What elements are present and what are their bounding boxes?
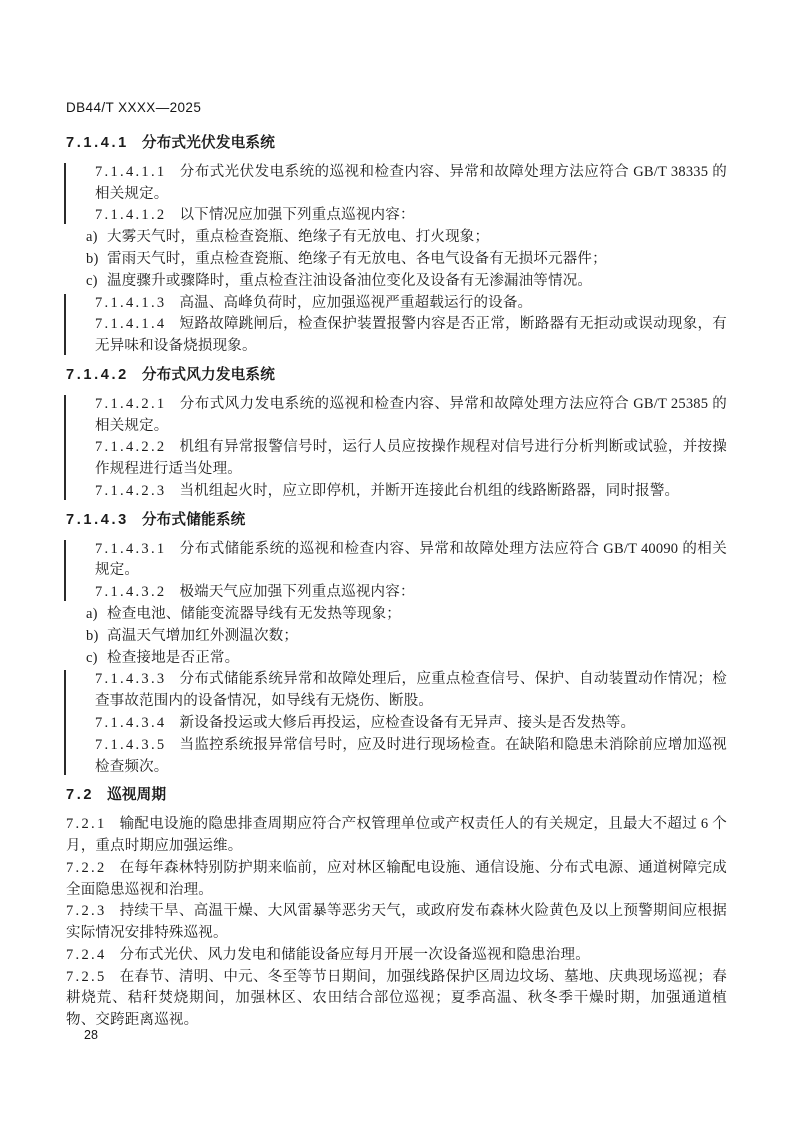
clause-number: 7.2.3 [66,903,107,919]
clause-number: 7.1.4.1.4 [95,316,166,332]
list-item-text: 检查电池、储能变流器导线有无发热等现象； [107,604,727,626]
clause-paragraph: 7.1.4.3.5当监控系统报异常信号时，应及时进行现场检查。在缺陷和隐患未消除… [66,735,727,779]
revision-change-bar [64,670,66,775]
clause-group: 7.2.1输配电设施的隐患排查周期应符合产权管理单位或产权责任人的有关规定，且最… [66,814,727,1032]
clause-number: 7.1.4.3.2 [95,584,166,600]
list-item: a)大雾天气时，重点检查瓷瓶、绝缘子有无放电、打火现象； [66,227,727,249]
clause-text: 以下情况应加强下列重点巡视内容： [179,207,414,223]
section-number: 7.1.4.2 [66,367,129,383]
clause-group: 7.1.4.3.1分布式储能系统的巡视和检查内容、异常和故障处理方法应符合 GB… [66,539,727,604]
clause-text: 分布式储能系统的巡视和检查内容、异常和故障处理方法应符合 GB/T 40090 … [95,541,727,579]
clause-text: 分布式储能系统异常和故障处理后，应重点检查信号、保护、自动装置动作情况；检查事故… [95,671,727,709]
document-page: DB44/T XXXX—2025 7.1.4.1分布式光伏发电系统7.1.4.1… [0,0,793,1122]
section-number: 7.1.4.1 [66,135,129,151]
clause-text: 分布式风力发电系统的巡视和检查内容、异常和故障处理方法应符合 GB/T 2538… [95,396,727,434]
clause-text: 分布式光伏发电系统的巡视和检查内容、异常和故障处理方法应符合 GB/T 3833… [95,164,727,202]
list-item-marker: a) [86,227,107,249]
clause-text: 新设备投运或大修后再投运，应检查设备有无异声、接头是否发热等。 [179,715,635,731]
section-heading: 7.2巡视周期 [66,785,727,807]
clause-paragraph: 7.2.2在每年森林特别防护期来临前，应对林区输配电设施、通信设施、分布式电源、… [66,858,727,902]
revision-change-bar [64,163,66,224]
list-item-text: 大雾天气时，重点检查瓷瓶、绝缘子有无放电、打火现象； [107,227,727,249]
clause-number: 7.1.4.1.3 [95,295,166,311]
list-item: c)温度骤升或骤降时，重点检查注油设备油位变化及设备有无渗漏油等情况。 [66,271,727,293]
clause-number: 7.1.4.1.2 [95,207,166,223]
clause-group: 7.1.4.2.1分布式风力发电系统的巡视和检查内容、异常和故障处理方法应符合 … [66,394,727,503]
clause-number: 7.1.4.3.4 [95,715,166,731]
clause-group: 7.1.4.3.3分布式储能系统异常和故障处理后，应重点检查信号、保护、自动装置… [66,669,727,778]
list-item-marker: c) [86,648,107,670]
clause-group: 7.1.4.1.1分布式光伏发电系统的巡视和检查内容、异常和故障处理方法应符合 … [66,162,727,227]
clause-text: 输配电设施的隐患排查周期应符合产权管理单位或产权责任人的有关规定，且最大不超过 … [66,816,727,854]
clause-paragraph: 7.1.4.3.4新设备投运或大修后再投运，应检查设备有无异声、接头是否发热等。 [66,713,727,735]
clause-text: 在春节、清明、中元、冬至等节日期间，加强线路保护区周边坟场、墓地、庆典现场巡视；… [66,969,727,1029]
clause-text: 分布式光伏、风力发电和储能设备应每月开展一次设备巡视和隐患治理。 [120,947,590,963]
clause-group: 7.1.4.1.3高温、高峰负荷时，应加强巡视严重超载运行的设备。7.1.4.1… [66,293,727,358]
list-item-text: 检查接地是否正常。 [107,648,727,670]
list-item: b)高温天气增加红外测温次数； [66,626,727,648]
clause-text: 当监控系统报异常信号时，应及时进行现场检查。在缺陷和隐患未消除前应增加巡视检查频… [95,737,727,775]
clause-paragraph: 7.1.4.2.1分布式风力发电系统的巡视和检查内容、异常和故障处理方法应符合 … [66,394,727,438]
section-title: 分布式储能系统 [142,512,246,528]
clause-number: 7.2.2 [66,860,107,876]
clause-paragraph: 7.2.4分布式光伏、风力发电和储能设备应每月开展一次设备巡视和隐患治理。 [66,945,727,967]
clause-number: 7.2.5 [66,969,107,985]
section-title: 分布式光伏发电系统 [142,135,275,151]
clause-number: 7.1.4.2.3 [95,483,166,499]
section-heading: 7.1.4.1分布式光伏发电系统 [66,133,727,155]
revision-change-bar [64,540,66,601]
clause-number: 7.2.4 [66,947,107,963]
clause-text: 极端天气应加强下列重点巡视内容： [179,584,414,600]
document-code-header: DB44/T XXXX—2025 [66,100,201,115]
revision-change-bar [64,294,66,355]
page-number: 28 [84,1028,98,1042]
clause-number: 7.1.4.2.1 [95,396,166,412]
clause-number: 7.1.4.3.3 [95,671,166,687]
list-item-text: 高温天气增加红外测温次数； [107,626,727,648]
clause-paragraph: 7.1.4.1.3高温、高峰负荷时，应加强巡视严重超载运行的设备。 [66,293,727,315]
list-item-marker: b) [86,626,107,648]
clause-text: 在每年森林特别防护期来临前，应对林区输配电设施、通信设施、分布式电源、通道树障完… [66,860,727,898]
clause-paragraph: 7.2.5在春节、清明、中元、冬至等节日期间，加强线路保护区周边坟场、墓地、庆典… [66,967,727,1032]
list-item: c)检查接地是否正常。 [66,648,727,670]
list-item-text: 雷雨天气时，重点检查瓷瓶、绝缘子有无放电、各电气设备有无损坏元器件； [107,249,727,271]
clause-paragraph: 7.1.4.1.4短路故障跳闸后，检查保护装置报警内容是否正常，断路器有无拒动或… [66,314,727,358]
clause-paragraph: 7.1.4.2.3当机组起火时，应立即停机，并断开连接此台机组的线路断路器，同时… [66,481,727,503]
list-item-marker: a) [86,604,107,626]
clause-number: 7.1.4.2.2 [95,439,166,455]
section-heading: 7.1.4.3分布式储能系统 [66,510,727,532]
revision-change-bar [64,395,66,500]
clause-paragraph: 7.1.4.1.2以下情况应加强下列重点巡视内容： [66,205,727,227]
clause-number: 7.1.4.3.5 [95,737,166,753]
clause-paragraph: 7.1.4.3.1分布式储能系统的巡视和检查内容、异常和故障处理方法应符合 GB… [66,539,727,583]
clause-paragraph: 7.2.1输配电设施的隐患排查周期应符合产权管理单位或产权责任人的有关规定，且最… [66,814,727,858]
list-item: b)雷雨天气时，重点检查瓷瓶、绝缘子有无放电、各电气设备有无损坏元器件； [66,249,727,271]
clause-text: 当机组起火时，应立即停机，并断开连接此台机组的线路断路器，同时报警。 [179,483,679,499]
section-title: 巡视周期 [107,787,166,803]
clause-text: 高温、高峰负荷时，应加强巡视严重超载运行的设备。 [179,295,532,311]
content: 7.1.4.1分布式光伏发电系统7.1.4.1.1分布式光伏发电系统的巡视和检查… [66,126,727,1032]
section-title: 分布式风力发电系统 [142,367,275,383]
clause-paragraph: 7.1.4.2.2机组有异常报警信号时，运行人员应按操作规程对信号进行分析判断或… [66,437,727,481]
list-item-marker: b) [86,249,107,271]
clause-paragraph: 7.1.4.3.3分布式储能系统异常和故障处理后，应重点检查信号、保护、自动装置… [66,669,727,713]
clause-number: 7.1.4.1.1 [95,164,166,180]
clause-text: 持续干旱、高温干燥、大风雷暴等恶劣天气，或政府发布森林火险黄色及以上预警期间应根… [66,903,727,941]
section-number: 7.1.4.3 [66,512,129,528]
lettered-list: a)检查电池、储能变流器导线有无发热等现象；b)高温天气增加红外测温次数；c)检… [66,604,727,669]
list-item-marker: c) [86,271,107,293]
clause-paragraph: 7.1.4.1.1分布式光伏发电系统的巡视和检查内容、异常和故障处理方法应符合 … [66,162,727,206]
list-item: a)检查电池、储能变流器导线有无发热等现象； [66,604,727,626]
clause-number: 7.1.4.3.1 [95,541,166,557]
section-heading: 7.1.4.2分布式风力发电系统 [66,365,727,387]
clause-number: 7.2.1 [66,816,107,832]
lettered-list: a)大雾天气时，重点检查瓷瓶、绝缘子有无放电、打火现象；b)雷雨天气时，重点检查… [66,227,727,292]
list-item-text: 温度骤升或骤降时，重点检查注油设备油位变化及设备有无渗漏油等情况。 [107,271,727,293]
section-number: 7.2 [66,787,94,803]
clause-text: 短路故障跳闸后，检查保护装置报警内容是否正常，断路器有无拒动或误动现象，有无异味… [95,316,727,354]
clause-text: 机组有异常报警信号时，运行人员应按操作规程对信号进行分析判断或试验，并按操作规程… [95,439,727,477]
clause-paragraph: 7.1.4.3.2极端天气应加强下列重点巡视内容： [66,582,727,604]
clause-paragraph: 7.2.3持续干旱、高温干燥、大风雷暴等恶劣天气，或政府发布森林火险黄色及以上预… [66,901,727,945]
